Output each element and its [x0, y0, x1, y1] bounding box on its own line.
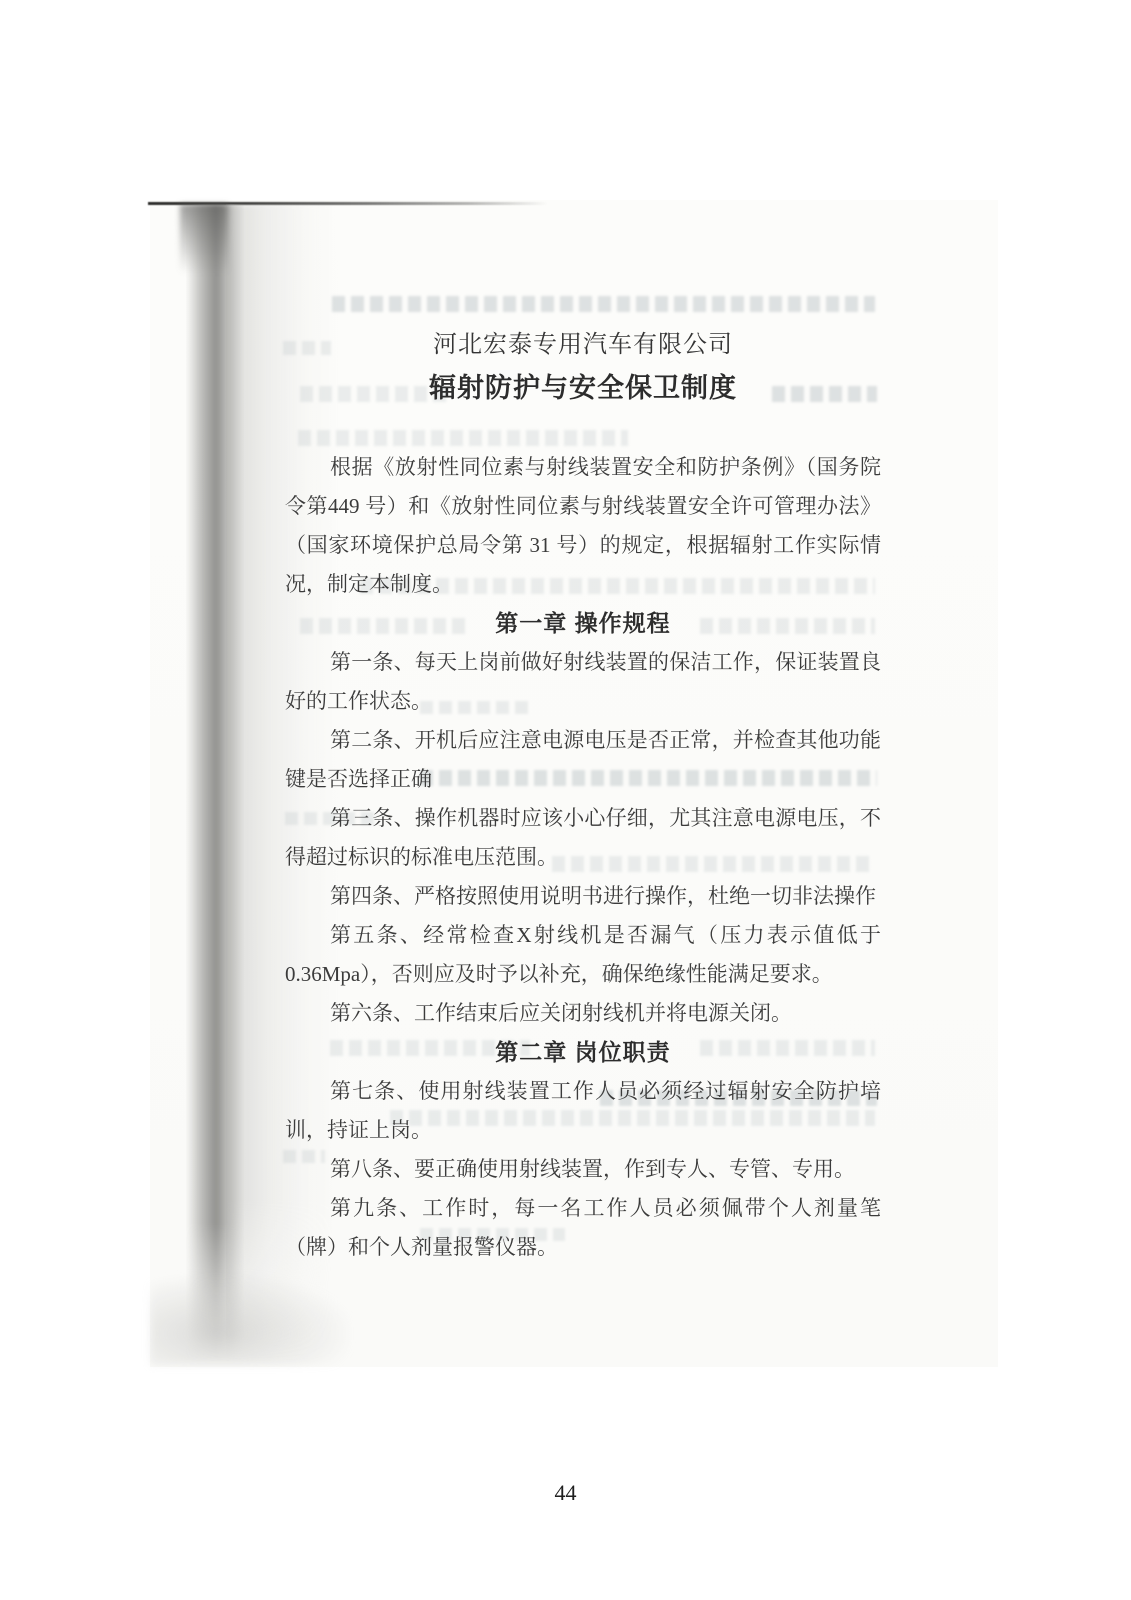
- article-paragraph: 第六条、工作结束后应关闭射线机并将电源关闭。: [285, 994, 881, 1033]
- company-name: 河北宏泰专用汽车有限公司: [285, 330, 881, 360]
- article-paragraph: 第七条、使用射线装置工作人员必须经过辐射安全防护培训，持证上岗。: [285, 1072, 881, 1150]
- article-paragraph: 第一条、每天上岗前做好射线装置的保洁工作，保证装置良好的工作状态。: [285, 643, 881, 721]
- scanned-document-page: 河北宏泰专用汽车有限公司 辐射防护与安全保卫制度 根据《放射性同位素与射线装置安…: [0, 0, 1131, 1600]
- article-paragraph: 第五条、经常检查X射线机是否漏气（压力表示值低于0.36Mpa），否则应及时予以…: [285, 916, 881, 994]
- document-title: 辐射防护与安全保卫制度: [285, 372, 881, 404]
- article-paragraph: 第八条、要正确使用射线装置，作到专人、专管、专用。: [285, 1150, 881, 1189]
- document-content: 河北宏泰专用汽车有限公司 辐射防护与安全保卫制度 根据《放射性同位素与射线装置安…: [285, 330, 881, 1267]
- binding-fold-top-shadow: [180, 204, 228, 274]
- article-paragraph: 第二条、开机后应注意电源电压是否正常，并检查其他功能键是否选择正确: [285, 721, 881, 799]
- chapter-2-heading: 第二章 岗位职责: [285, 1033, 881, 1072]
- article-paragraph: 第三条、操作机器时应该小心仔细，尤其注意电源电压，不得超过标识的标准电压范围。: [285, 799, 881, 877]
- binding-fold-bottom-shadow: [150, 1275, 350, 1365]
- article-paragraph: 第四条、严格按照使用说明书进行操作，杜绝一切非法操作: [285, 877, 881, 916]
- article-paragraph: 第九条、工作时，每一名工作人员必须佩带个人剂量笔（牌）和个人剂量报警仪器。: [285, 1189, 881, 1267]
- intro-paragraph: 根据《放射性同位素与射线装置安全和防护条例》（国务院令第449 号）和《放射性同…: [285, 448, 881, 604]
- bleed-through-text: [332, 296, 875, 312]
- page-number: 44: [0, 1480, 1131, 1506]
- chapter-1-heading: 第一章 操作规程: [285, 604, 881, 643]
